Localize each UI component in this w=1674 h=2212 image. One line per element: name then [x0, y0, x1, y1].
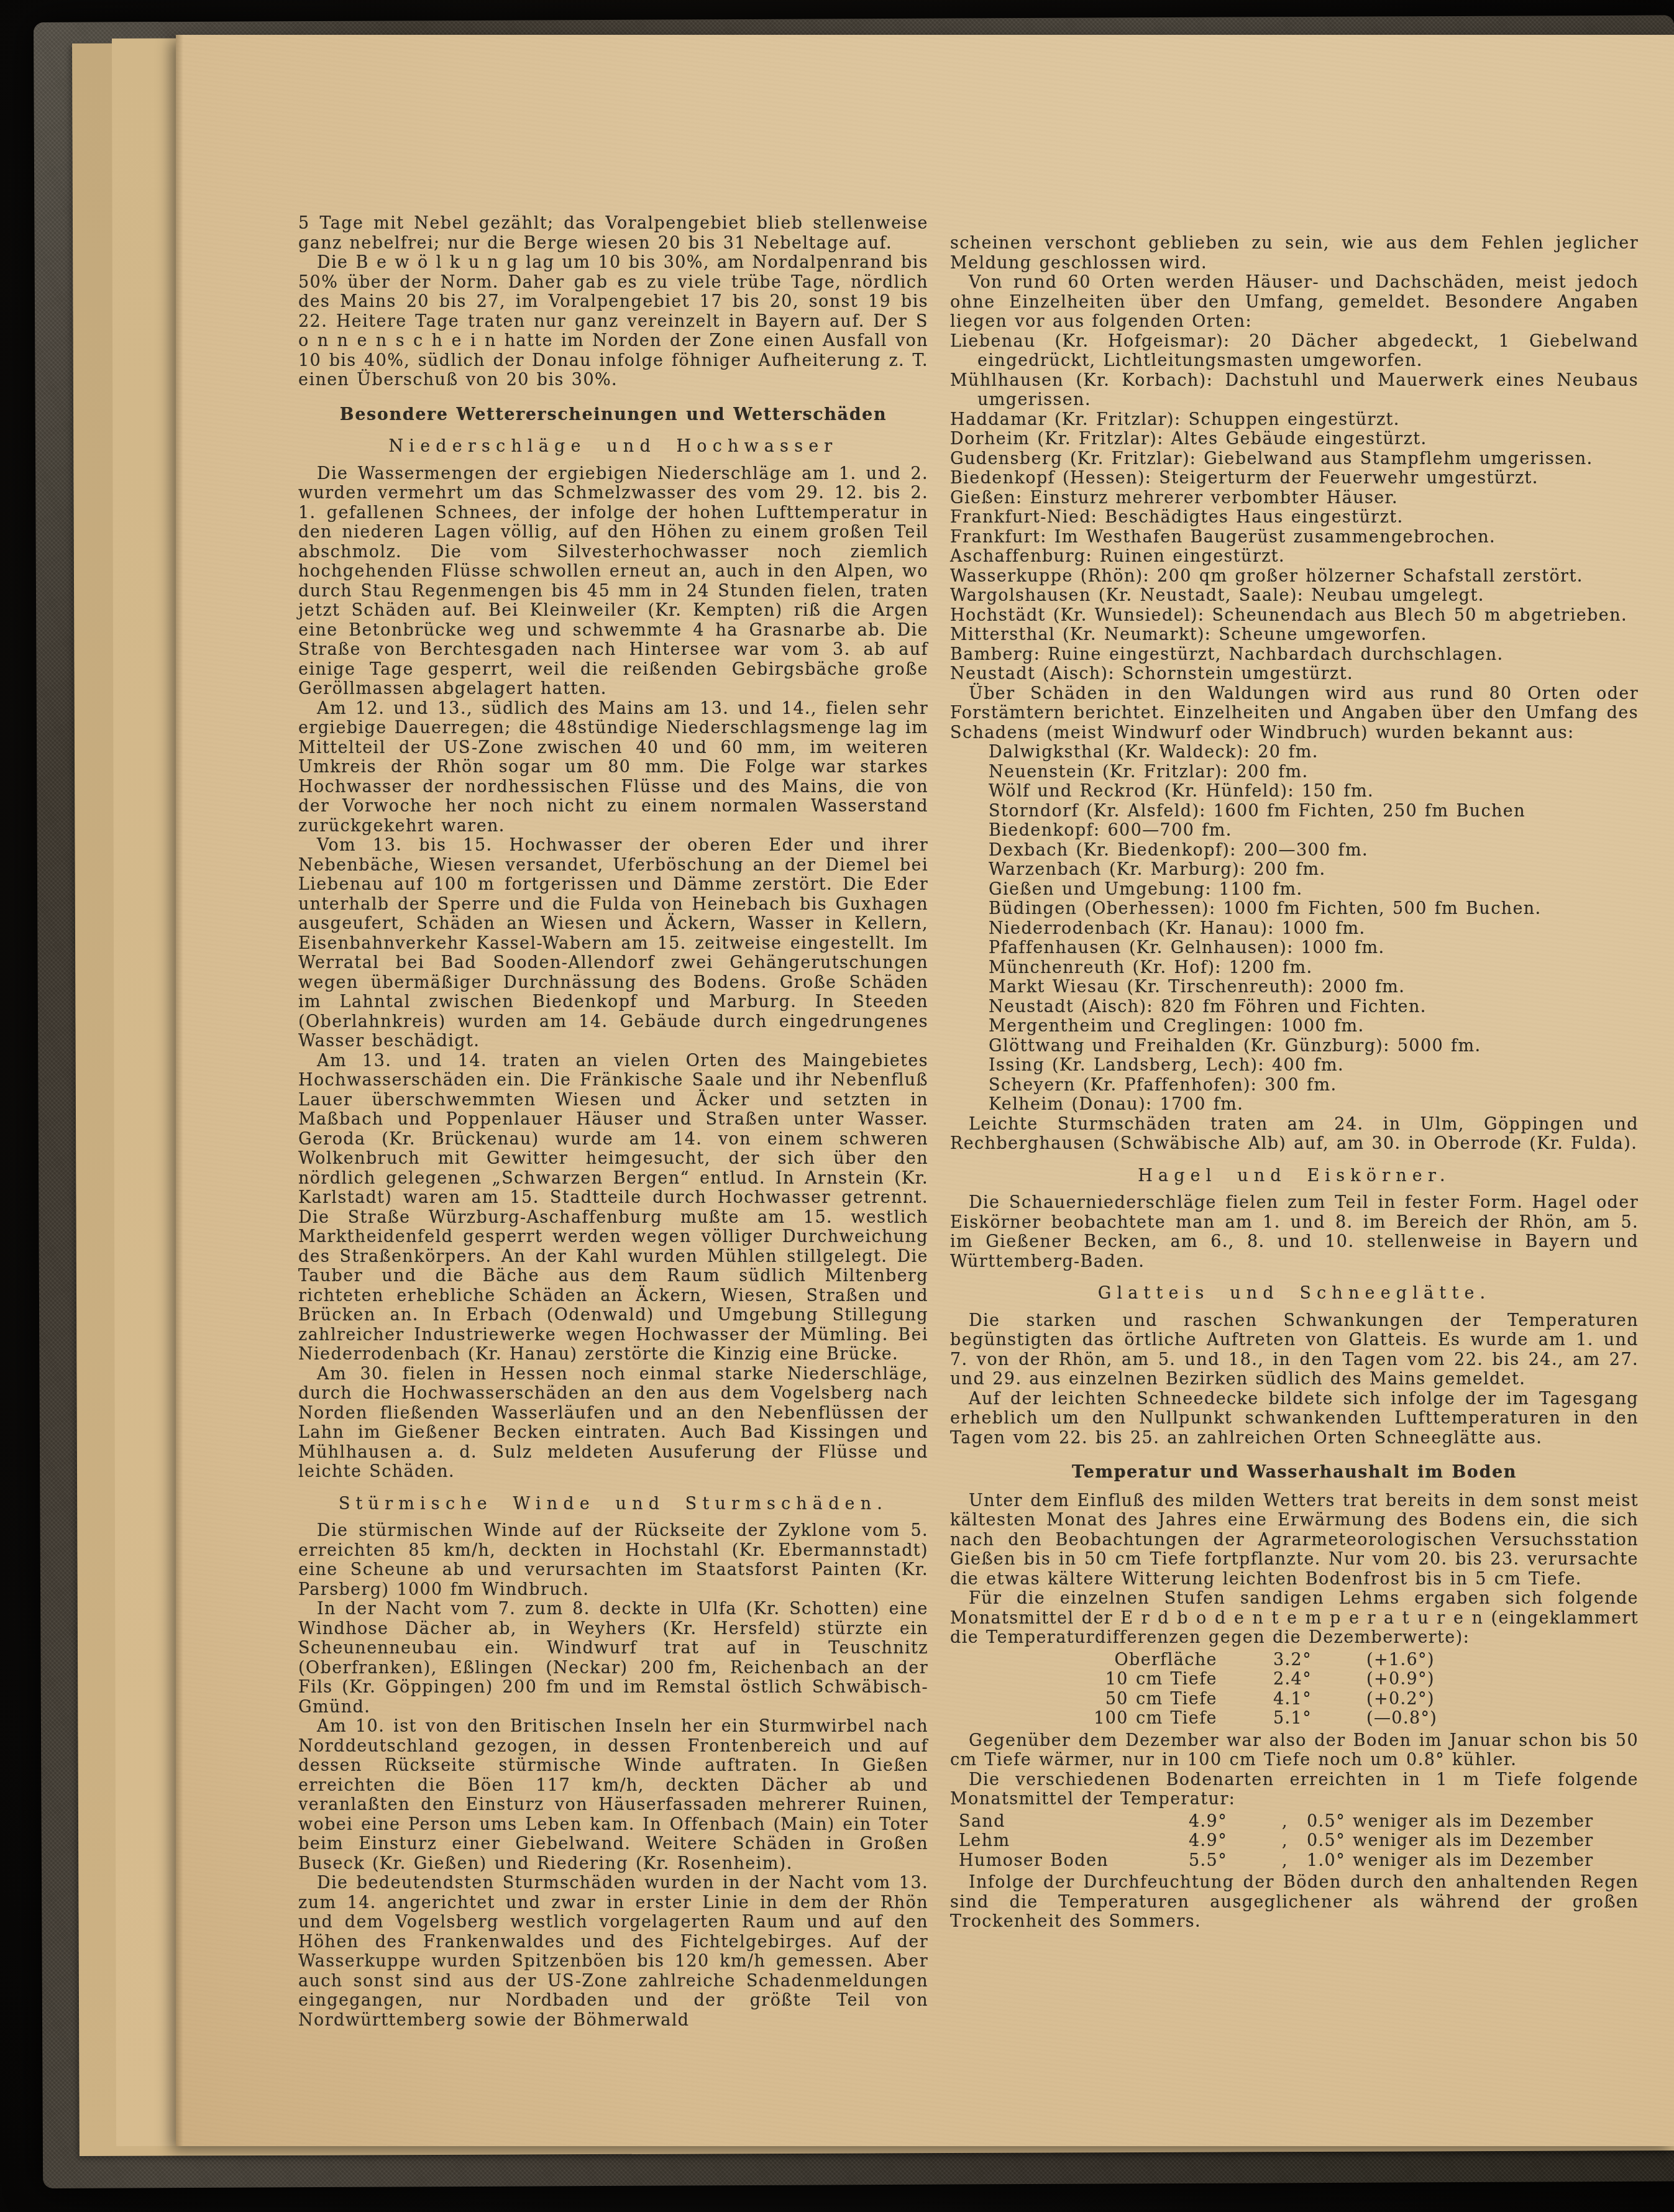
- soil-type-temp: 4.9°: [1189, 1812, 1263, 1832]
- paragraph-hochwasser-eder: Vom 13. bis 15. Hochwasser der oberen Ed…: [298, 836, 928, 1051]
- list-item-markt-wiesau: Markt Wiesau (Kr. Tirschenreuth): 2000 f…: [989, 977, 1639, 997]
- soil-depth-label: Oberfläche: [1031, 1650, 1217, 1670]
- paragraph-windhose: In der Nacht vom 7. zum 8. deckte in Ulf…: [298, 1599, 928, 1717]
- list-item-woelf-reckrod: Wölf und Reckrod (Kr. Hünfeld): 150 fm.: [989, 782, 1639, 802]
- soil-type-label: Sand: [959, 1812, 1189, 1832]
- list-item-mittersthal: Mittersthal (Kr. Neumarkt): Scheune umge…: [950, 625, 1639, 645]
- list-item-aschaffenburg: Aschaffenburg: Ruinen eingestürzt.: [950, 547, 1639, 567]
- paragraph-zyklone: Die stürmischen Winde auf der Rückseite …: [298, 1521, 928, 1599]
- list-item-biedenkopf: Biedenkopf (Hessen): Steigerturm der Feu…: [950, 468, 1639, 488]
- paragraph-bedeutendste-sturmschaeden: Die bedeutendsten Sturmschäden wurden in…: [298, 1873, 928, 2030]
- table-row: 100 cm Tiefe 5.1° (—0.8°): [1031, 1709, 1639, 1729]
- paragraph-wassermengen: Die Wassermengen der ergiebigen Niedersc…: [298, 464, 928, 699]
- soil-depth-label: 10 cm Tiefe: [1031, 1670, 1217, 1689]
- paragraph-durchfeuchtung: Infolge der Durchfeuchtung der Böden dur…: [950, 1873, 1639, 1932]
- paragraph-dauerregen: Am 12. und 13., südlich des Mains am 13.…: [298, 699, 928, 836]
- list-item-neustadt-foehren: Neustadt (Aisch): 820 fm Föhren und Fich…: [989, 997, 1639, 1017]
- list-item-storndorf: Storndorf (Kr. Alsfeld): 1600 fm Fichten…: [989, 802, 1639, 821]
- list-item-dexbach: Dexbach (Kr. Biedenkopf): 200—300 fm.: [989, 841, 1639, 861]
- soil-temp-value: 3.2°: [1217, 1650, 1342, 1670]
- list-item-wasserkuppe: Wasserkuppe (Rhön): 200 qm großer hölzer…: [950, 567, 1639, 587]
- document-page: 5 Tage mit Nebel gezählt; das Voralpenge…: [176, 35, 1674, 2146]
- list-item-warzenbach: Warzenbach (Kr. Marburg): 200 fm.: [989, 860, 1639, 880]
- paragraph-bewoelkung: Die B e w ö l k u n g lag um 10 bis 30%,…: [298, 253, 928, 390]
- list-item-liebenau: Liebenau (Kr. Hofgeismar): 20 Dächer abg…: [950, 332, 1639, 371]
- list-item-neuenstein: Neuenstein (Kr. Fritzlar): 200 fm.: [989, 762, 1639, 782]
- list-item-pfaffenhausen: Pfaffenhausen (Kr. Gelnhausen): 1000 fm.: [989, 938, 1639, 958]
- table-row: 10 cm Tiefe 2.4° (+0.9°): [1031, 1670, 1639, 1689]
- table-row: Lehm 4.9° , 0.5° weniger als im Dezember: [959, 1831, 1639, 1851]
- soil-type-label: Humoser Boden: [959, 1851, 1189, 1871]
- paragraph-am30-hessen: Am 30. fielen in Hessen noch einmal star…: [298, 1364, 928, 1482]
- list-item-buedingen: Büdingen (Oberhessen): 1000 fm Fichten, …: [989, 899, 1639, 919]
- list-item-gloettwang: Glöttwang und Freihalden (Kr. Günzburg):…: [989, 1036, 1639, 1056]
- table-row: 50 cm Tiefe 4.1° (+0.2°): [1031, 1689, 1639, 1709]
- table-row: Oberfläche 3.2° (+1.6°): [1031, 1650, 1639, 1670]
- list-item-wargolshausen: Wargolshausen (Kr. Neustadt, Saale): Neu…: [950, 586, 1639, 606]
- separator: ,: [1263, 1812, 1307, 1832]
- list-item-biedenkopf-fm: Biedenkopf: 600—700 fm.: [989, 821, 1639, 841]
- list-item-muenchenreuth: Münchenreuth (Kr. Hof): 1200 fm.: [989, 958, 1639, 978]
- paragraph-vonrund: Von rund 60 Orten werden Häuser- und Dac…: [950, 273, 1639, 332]
- paragraph-schauerniederschlaege: Die Schauerniederschläge fielen zum Teil…: [950, 1193, 1639, 1271]
- list-item-dorheim: Dorheim (Kr. Fritzlar): Altes Gebäude ei…: [950, 429, 1639, 449]
- soil-temp-diff: (—0.8°): [1342, 1709, 1437, 1729]
- table-row: Sand 4.9° , 0.5° weniger als im Dezember: [959, 1812, 1639, 1832]
- paragraph-schneedecke: Auf der leichten Schneedecke bildete sic…: [950, 1389, 1639, 1448]
- soil-temp-value: 5.1°: [1217, 1709, 1342, 1729]
- paragraph-stufen-lehm: Für die einzelnen Stufen sandigen Lehms …: [950, 1589, 1639, 1648]
- soil-temp-value: 2.4°: [1217, 1670, 1342, 1689]
- subheading-glatteis-schneeglaette: Glatteis und Schneeglätte.: [950, 1284, 1639, 1304]
- paragraph-glatteis: Die starken und raschen Schwankungen der…: [950, 1311, 1639, 1389]
- left-column: 5 Tage mit Nebel gezählt; das Voralpenge…: [298, 214, 928, 2030]
- soil-temp-diff: (+0.2°): [1342, 1689, 1435, 1709]
- list-item-dalwigksthal: Dalwigksthal (Kr. Waldeck): 20 fm.: [989, 743, 1639, 762]
- soil-type-diff: 0.5° weniger als im Dezember: [1307, 1812, 1639, 1832]
- section-heading-boden: Temperatur und Wasserhaushalt im Boden: [950, 1463, 1639, 1483]
- list-item-issing: Issing (Kr. Landsberg, Lech): 400 fm.: [989, 1056, 1639, 1076]
- list-item-bamberg: Bamberg: Ruine eingestürzt, Nachbardach …: [950, 645, 1639, 665]
- paragraph-maingebiet: Am 13. und 14. traten an vielen Orten de…: [298, 1051, 928, 1364]
- list-item-neustadt-aisch: Neustadt (Aisch): Schornstein umgestürzt…: [950, 664, 1639, 684]
- subheading-niederschlaege-hochwasser: Niederschläge und Hochwasser: [298, 437, 928, 457]
- list-item-gudensberg: Gudensberg (Kr. Fritzlar): Giebelwand au…: [950, 449, 1639, 469]
- soil-temp-diff: (+0.9°): [1342, 1670, 1435, 1689]
- section-heading-wetterschaeden: Besondere Wettererscheinungen und Wetter…: [298, 405, 928, 425]
- subheading-hagel-eiskoerner: Hagel und Eiskörner.: [950, 1166, 1639, 1186]
- soil-type-diff: 0.5° weniger als im Dezember: [1307, 1831, 1639, 1851]
- soil-temperature-table: Oberfläche 3.2° (+1.6°) 10 cm Tiefe 2.4°…: [1031, 1650, 1639, 1729]
- soil-type-temp: 5.5°: [1189, 1851, 1263, 1871]
- paragraph-bodenarten: Die verschiedenen Bodenarten erreichten …: [950, 1770, 1639, 1809]
- soil-type-table: Sand 4.9° , 0.5° weniger als im Dezember…: [959, 1812, 1639, 1871]
- list-item-niederrodenbach: Niederrodenbach (Kr. Hanau): 1000 fm.: [989, 919, 1639, 939]
- list-item-scheyern: Scheyern (Kr. Pfaffenhofen): 300 fm.: [989, 1076, 1639, 1095]
- separator: ,: [1263, 1851, 1307, 1871]
- soil-type-diff: 1.0° weniger als im Dezember: [1307, 1851, 1639, 1871]
- list-item-mergentheim: Mergentheim und Creglingen: 1000 fm.: [989, 1017, 1639, 1036]
- soil-depth-label: 100 cm Tiefe: [1031, 1709, 1217, 1729]
- soil-type-label: Lehm: [959, 1831, 1189, 1851]
- paragraph-waldungen: Über Schäden in den Waldungen wird aus r…: [950, 684, 1639, 743]
- paragraph-leichte-sturmschaeden: Leichte Sturmschäden traten am 24. in Ul…: [950, 1115, 1639, 1154]
- soil-type-temp: 4.9°: [1189, 1831, 1263, 1851]
- list-item-hochstaedt: Hochstädt (Kr. Wunsiedel): Scheunendach …: [950, 606, 1639, 626]
- list-item-muehlhausen: Mühlhausen (Kr. Korbach): Dachstuhl und …: [950, 371, 1639, 410]
- paragraph-nebeltage: 5 Tage mit Nebel gezählt; das Voralpenge…: [298, 214, 928, 253]
- paragraph-scheinen: scheinen verschont geblieben zu sein, wi…: [950, 234, 1639, 273]
- list-item-giessen: Gießen: Einsturz mehrerer verbombter Häu…: [950, 488, 1639, 508]
- list-item-giessen-umgebung: Gießen und Umgebung: 1100 fm.: [989, 880, 1639, 900]
- soil-temp-diff: (+1.6°): [1342, 1650, 1435, 1670]
- list-item-frankfurt-nied: Frankfurt-Nied: Beschädigtes Haus einges…: [950, 508, 1639, 528]
- table-row: Humoser Boden 5.5° , 1.0° weniger als im…: [959, 1851, 1639, 1871]
- paragraph-einfluss-wetter: Unter dem Einfluß des milden Wetters tra…: [950, 1491, 1639, 1589]
- list-item-kelheim: Kelheim (Donau): 1700 fm.: [989, 1095, 1639, 1115]
- right-column: scheinen verschont geblieben zu sein, wi…: [950, 234, 1639, 1932]
- list-item-frankfurt: Frankfurt: Im Westhafen Baugerüst zusamm…: [950, 528, 1639, 547]
- paragraph-sturmwirbel: Am 10. ist von den Britischen Inseln her…: [298, 1717, 928, 1873]
- paragraph-gegenueber-dezember: Gegenüber dem Dezember war also der Bode…: [950, 1731, 1639, 1770]
- subheading-stuermische-winde: Stürmische Winde und Sturmschäden.: [298, 1494, 928, 1514]
- list-item-haddamar: Haddamar (Kr. Fritzlar): Schuppen einges…: [950, 410, 1639, 430]
- soil-temp-value: 4.1°: [1217, 1689, 1342, 1709]
- soil-depth-label: 50 cm Tiefe: [1031, 1689, 1217, 1709]
- separator: ,: [1263, 1831, 1307, 1851]
